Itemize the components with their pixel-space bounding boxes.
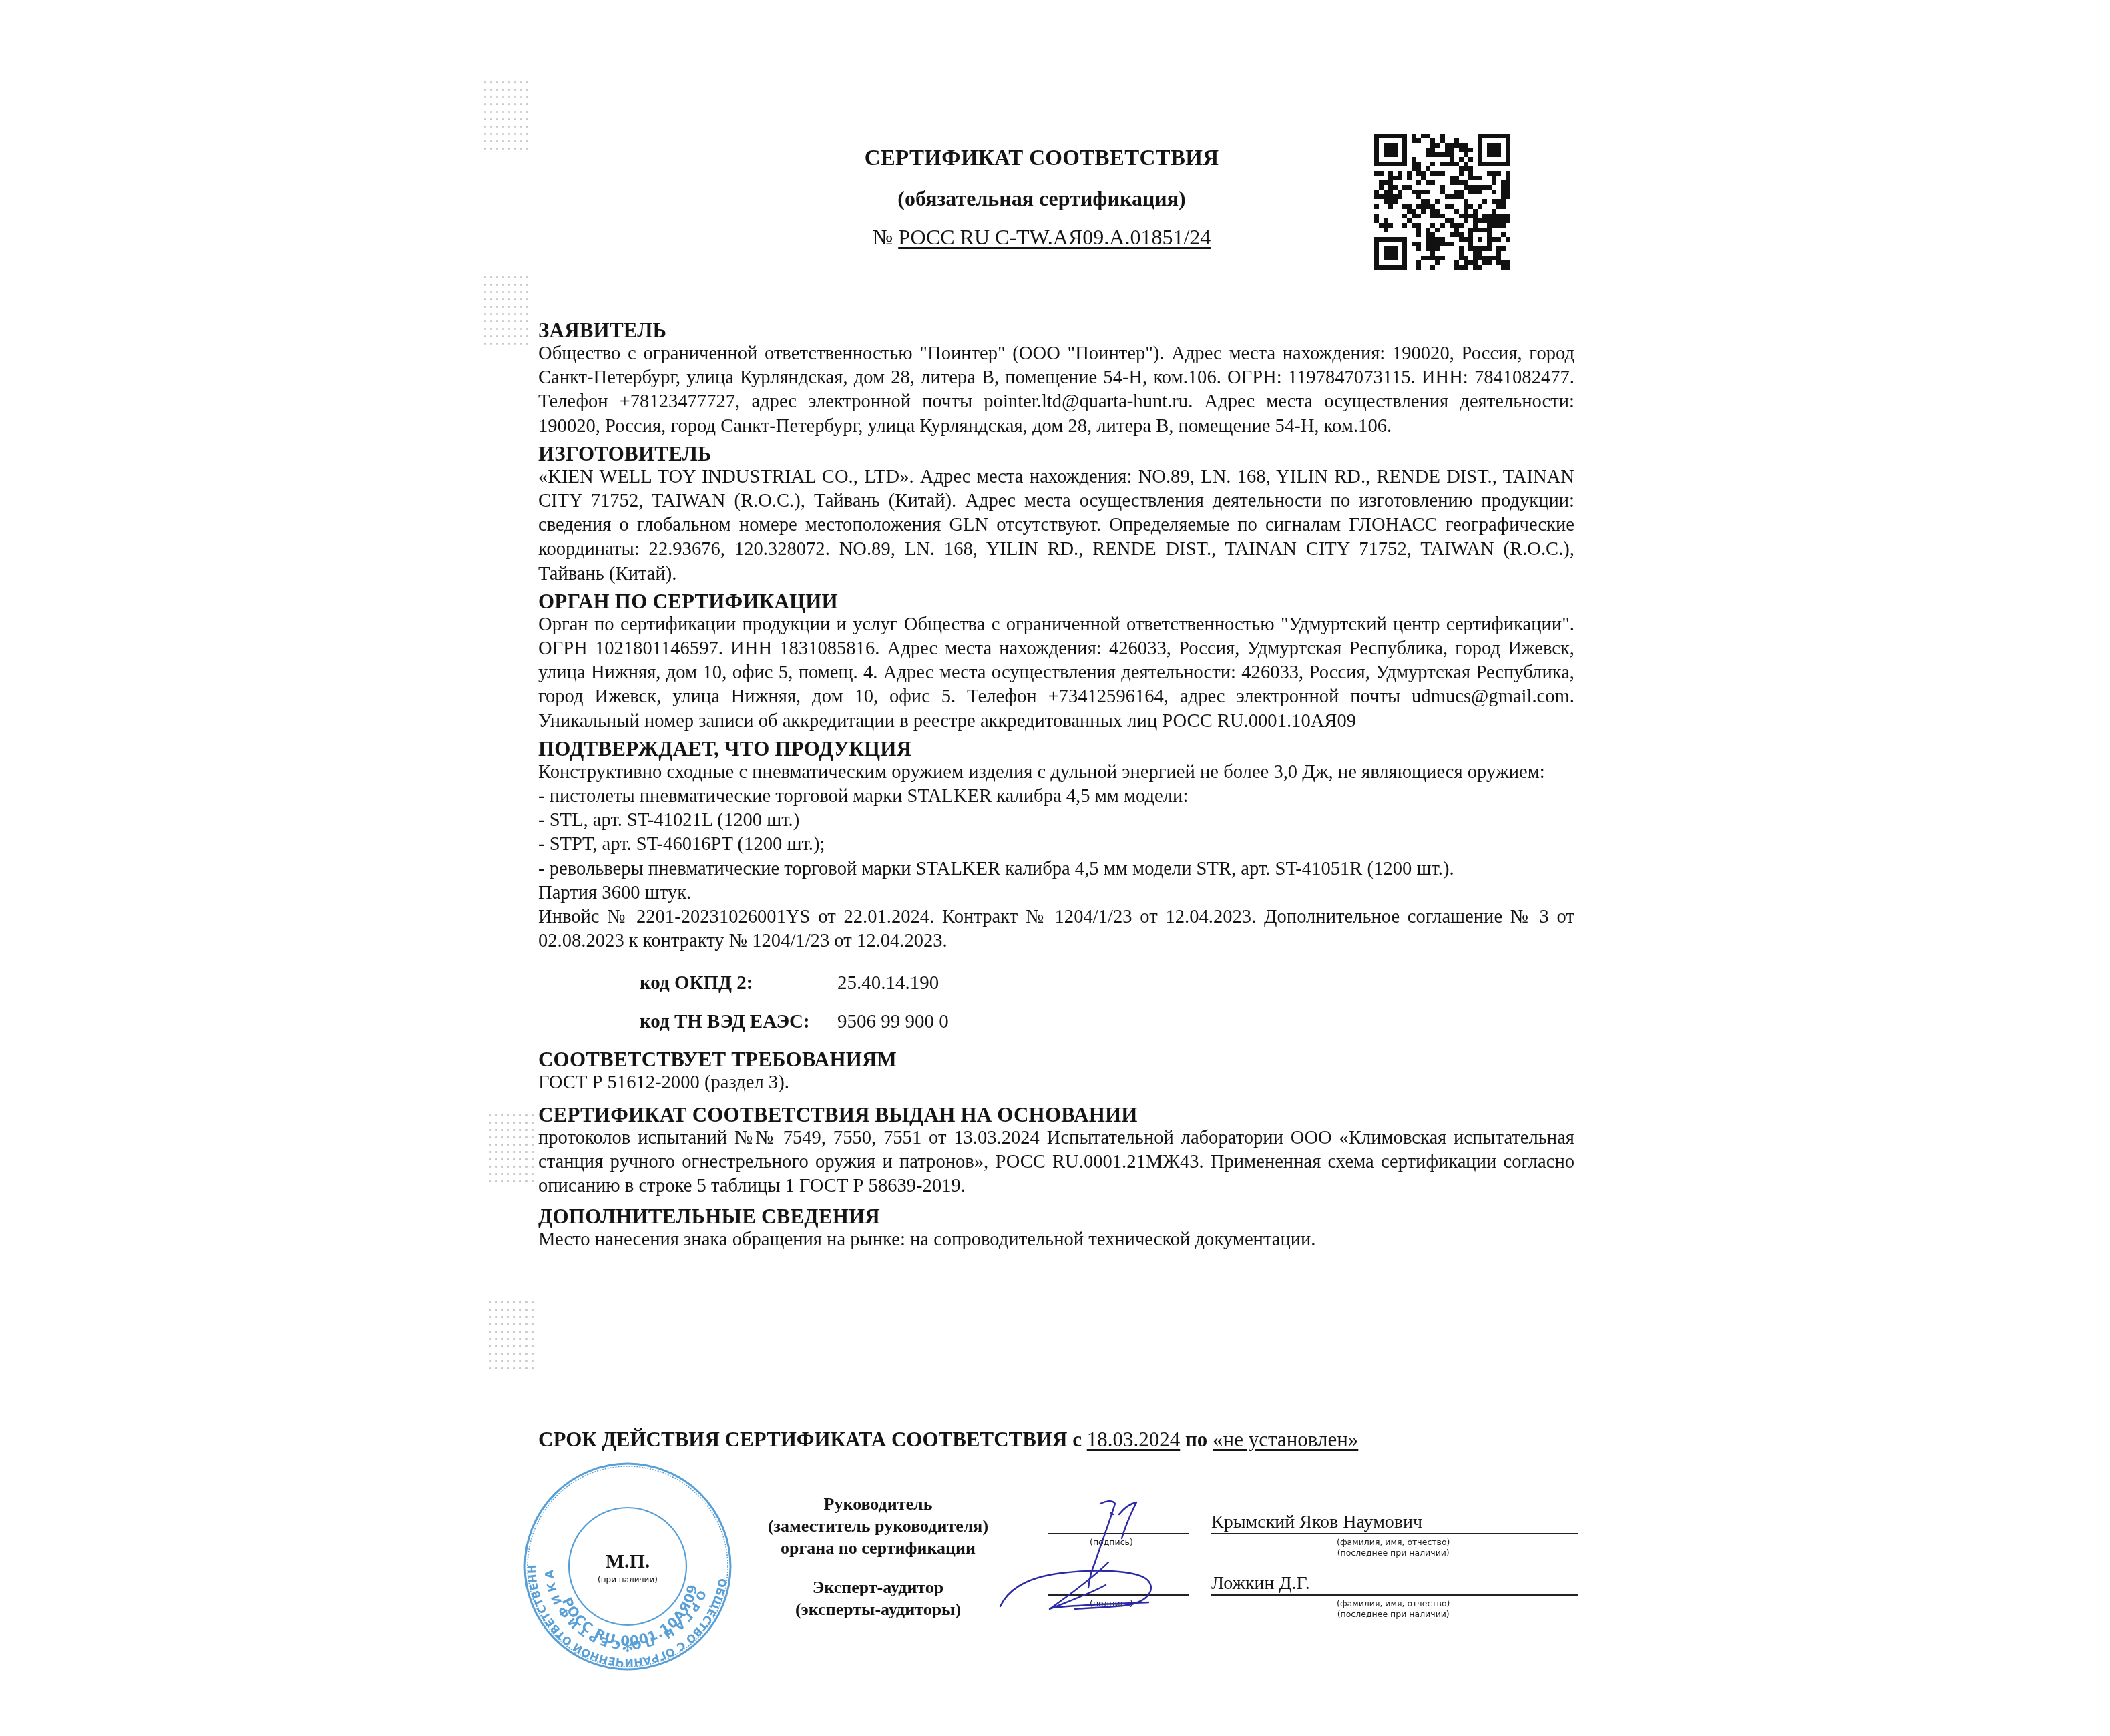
name-caption: (фамилия, имя, отчество) (последнее при … xyxy=(1337,1537,1450,1558)
certificate-subtitle: (обязательная сертификация) xyxy=(768,186,1315,211)
scan-artifact xyxy=(482,274,529,347)
code-label: код ОКПД 2: xyxy=(640,971,837,995)
role-expert-line: Эксперт-аудитор xyxy=(734,1576,1022,1598)
role-head-line: органа по сертификации xyxy=(734,1537,1022,1559)
name-caption-line: (последнее при наличии) xyxy=(1337,1609,1450,1620)
certificate-number: РОСС RU С-TW.АЯ09.А.01851/24 xyxy=(898,225,1211,249)
product-line: Конструктивно сходные с пневматическим о… xyxy=(538,761,1574,785)
name-caption-line: (фамилия, имя, отчество) xyxy=(1337,1537,1450,1548)
name-line xyxy=(1211,1533,1578,1534)
product-line: - STPT, арт. ST-46016PT (1200 шт.); xyxy=(538,833,1574,857)
head-name: Крымский Яков Наумович xyxy=(1211,1512,1422,1533)
certificate-page: СЕРТИФИКАТ СООТВЕТСТВИЯ (обязательная се… xyxy=(0,0,2110,1736)
signature-line xyxy=(1048,1594,1189,1596)
section-applicant: ЗАЯВИТЕЛЬ Общество с ограниченной ответс… xyxy=(538,319,1574,439)
code-value: 9506 99 900 0 xyxy=(837,1010,949,1034)
number-sign: № xyxy=(873,225,893,249)
code-tnved: код ТН ВЭД ЕАЭС: 9506 99 900 0 xyxy=(640,1010,1574,1034)
scan-artifact xyxy=(482,79,529,152)
code-okpd2: код ОКПД 2: 25.40.14.190 xyxy=(640,971,1574,995)
product-line: - STL, арт. ST-41021L (1200 шт.) xyxy=(538,809,1574,833)
role-head-line: (заместитель руководителя) xyxy=(734,1515,1022,1537)
section-basis: СЕРТИФИКАТ СООТВЕТСТВИЯ ВЫДАН НА ОСНОВАН… xyxy=(538,1104,1574,1199)
validity-from-date: 18.03.2024 xyxy=(1087,1428,1181,1451)
signature-caption: (подпись) xyxy=(1090,1598,1133,1608)
name-caption-line: (последнее при наличии) xyxy=(1337,1548,1450,1558)
section-certification-body: ОРГАН ПО СЕРТИФИКАЦИИ Орган по сертифика… xyxy=(538,590,1574,734)
certificate-title-block: СЕРТИФИКАТ СООТВЕТСТВИЯ (обязательная се… xyxy=(768,146,1315,250)
validity-label: СРОК ДЕЙСТВИЯ СЕРТИФИКАТА СООТВЕТСТВИЯ xyxy=(538,1428,1067,1451)
section-heading: ЗАЯВИТЕЛЬ xyxy=(538,319,1574,342)
role-head-line: Руководитель xyxy=(734,1493,1022,1515)
name-line xyxy=(1211,1594,1578,1596)
basis-text: протоколов испытаний №№ 7549, 7550, 7551… xyxy=(538,1126,1574,1199)
stamp-seal-icon: ОБЩЕСТВО С ОГРАНИЧЕННОЙ ОТВЕТСТВЕННОСТЬЮ… xyxy=(522,1461,733,1672)
expert-name: Ложкин Д.Г. xyxy=(1211,1573,1310,1594)
product-line: Партия 3600 штук. xyxy=(538,881,1574,905)
manufacturer-text: «KIEN WELL TOY INDUSTRIAL CO., LTD». Адр… xyxy=(538,465,1574,586)
validity-to-date: «не установлен» xyxy=(1213,1428,1358,1451)
section-heading: СООТВЕТСТВУЕТ ТРЕБОВАНИЯМ xyxy=(538,1048,1574,1071)
product-text: Конструктивно сходные с пневматическим о… xyxy=(538,761,1574,954)
product-line: Инвойс № 2201-20231026001YS от 22.01.202… xyxy=(538,905,1574,953)
code-value: 25.40.14.190 xyxy=(837,971,939,995)
certificate-body: ЗАЯВИТЕЛЬ Общество с ограниченной ответс… xyxy=(538,319,1574,1256)
section-manufacturer: ИЗГОТОВИТЕЛЬ «KIEN WELL TOY INDUSTRIAL C… xyxy=(538,443,1574,586)
qr-code-icon[interactable] xyxy=(1374,134,1510,270)
section-requirements: СООТВЕТСТВУЕТ ТРЕБОВАНИЯМ ГОСТ Р 51612-2… xyxy=(538,1048,1574,1095)
code-label: код ТН ВЭД ЕАЭС: xyxy=(640,1010,837,1034)
section-product: ПОДТВЕРЖДАЕТ, ЧТО ПРОДУКЦИЯ Конструктивн… xyxy=(538,738,1574,1034)
signatory-roles: Руководитель (заместитель руководителя) … xyxy=(734,1493,1022,1620)
section-heading: ИЗГОТОВИТЕЛЬ xyxy=(538,443,1574,465)
additional-text: Место нанесения знака обращения на рынке… xyxy=(538,1228,1574,1252)
product-codes: код ОКПД 2: 25.40.14.190 код ТН ВЭД ЕАЭС… xyxy=(640,971,1574,1034)
section-additional: ДОПОЛНИТЕЛЬНЫЕ СВЕДЕНИЯ Место нанесения … xyxy=(538,1205,1574,1252)
certificate-number-line: № РОСС RU С-TW.АЯ09.А.01851/24 xyxy=(768,224,1315,250)
product-line: - пистолеты пневматические торговой марк… xyxy=(538,785,1574,809)
applicant-text: Общество с ограниченной ответственностью… xyxy=(538,342,1574,439)
svg-text:✻: ✻ xyxy=(622,1639,634,1656)
product-line: - револьверы пневматические торговой мар… xyxy=(538,857,1574,881)
scan-artifact xyxy=(487,1112,534,1185)
svg-text:М.П.: М.П. xyxy=(606,1550,650,1572)
signature-line xyxy=(1048,1533,1189,1534)
section-heading: ДОПОЛНИТЕЛЬНЫЕ СВЕДЕНИЯ xyxy=(538,1205,1574,1228)
validity-period: СРОК ДЕЙСТВИЯ СЕРТИФИКАТА СООТВЕТСТВИЯ с… xyxy=(538,1428,1358,1452)
section-heading: СЕРТИФИКАТ СООТВЕТСТВИЯ ВЫДАН НА ОСНОВАН… xyxy=(538,1104,1574,1126)
signature-caption: (подпись) xyxy=(1090,1537,1133,1547)
certificate-title: СЕРТИФИКАТ СООТВЕТСТВИЯ xyxy=(768,146,1315,171)
requirements-text: ГОСТ Р 51612-2000 (раздел 3). xyxy=(538,1071,1574,1095)
scan-artifact xyxy=(487,1299,534,1372)
certification-body-text: Орган по сертификации продукции и услуг … xyxy=(538,613,1574,734)
svg-text:(при наличии): (при наличии) xyxy=(598,1575,658,1584)
name-caption-line: (фамилия, имя, отчество) xyxy=(1337,1598,1450,1609)
validity-from-word: с xyxy=(1072,1428,1082,1451)
role-expert-line: (эксперты-аудиторы) xyxy=(734,1598,1022,1620)
name-caption: (фамилия, имя, отчество) (последнее при … xyxy=(1337,1598,1450,1620)
validity-to-word: по xyxy=(1185,1428,1207,1451)
section-heading: ПОДТВЕРЖДАЕТ, ЧТО ПРОДУКЦИЯ xyxy=(538,738,1574,761)
signature-row-expert: (подпись) Ложкин Д.Г. (фамилия, имя, отч… xyxy=(1048,1562,1582,1636)
section-heading: ОРГАН ПО СЕРТИФИКАЦИИ xyxy=(538,590,1574,613)
